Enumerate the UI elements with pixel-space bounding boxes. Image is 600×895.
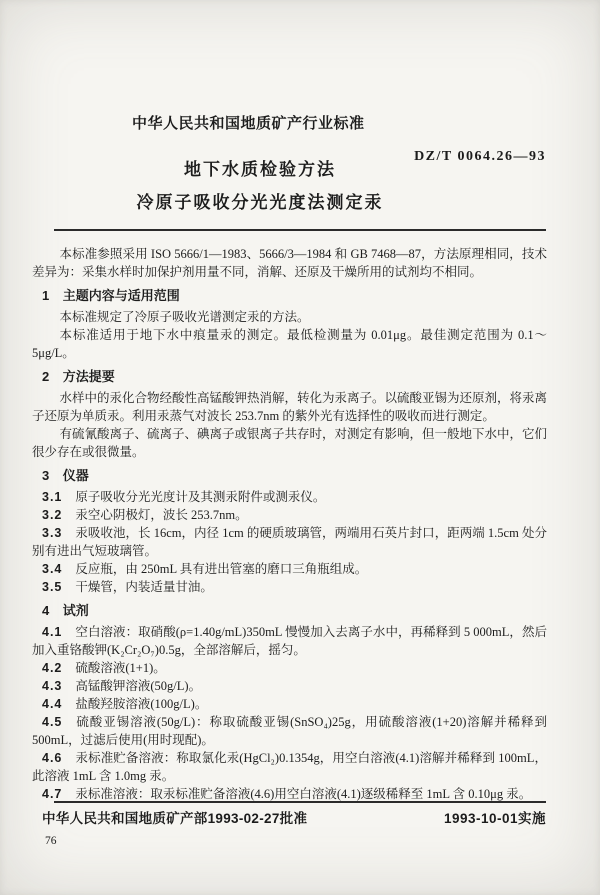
section-3-number: 3 xyxy=(42,468,50,483)
section-2-paragraph: 有硫氰酸离子、硫离子、碘离子或银离子共存时，对测定有影响，但一般地下水中，它们很… xyxy=(32,425,547,461)
clause-number: 4.4 xyxy=(42,697,62,711)
clause-number: 4.7 xyxy=(42,787,62,801)
clause-3-2: 3.2汞空心阴极灯，波长 253.7nm。 xyxy=(32,506,547,524)
clause-4-3: 4.3高锰酸钾溶液(50g/L)。 xyxy=(32,677,547,695)
clause-text: 原子吸收分光光度计及其测汞附件或测汞仪。 xyxy=(75,490,325,504)
clause-3-4: 3.4反应瓶，由 250mL 具有进出管塞的磨口三角瓶组成。 xyxy=(32,560,547,578)
clause-number: 4.6 xyxy=(42,751,62,765)
clause-text: 汞吸收池，长 16cm，内径 1cm 的硬质玻璃管，两端用石英片封口，距两端 1… xyxy=(32,526,547,558)
section-1-heading: 1主题内容与适用范围 xyxy=(32,287,547,305)
clause-text: 空白溶液：取硝酸(ρ=1.40g/mL)350mL 慢慢加入去离子水中，再稀释到… xyxy=(32,625,547,657)
clause-text: 汞标准溶液：取汞标准贮备溶液(4.6)用空白溶液(4.1)逐级稀释至 1mL 含… xyxy=(75,787,531,801)
clause-3-3: 3.3汞吸收池，长 16cm，内径 1cm 的硬质玻璃管，两端用石英片封口，距两… xyxy=(32,524,547,560)
section-2-title: 方法提要 xyxy=(63,369,115,384)
clause-number: 4.2 xyxy=(42,661,62,675)
section-3-heading: 3仪器 xyxy=(32,467,547,485)
clause-3-1: 3.1原子吸收分光光度计及其测汞附件或测汞仪。 xyxy=(32,488,547,506)
clause-number: 4.5 xyxy=(42,715,62,729)
foreword-paragraph: 本标准参照采用 ISO 5666/1—1983、5666/3—1984 和 GB… xyxy=(32,245,547,281)
section-1-paragraph: 本标准适用于地下水中痕量汞的测定。最低检测量为 0.01μg。最佳测定范围为 0… xyxy=(32,326,547,362)
approval-note: 中华人民共和国地质矿产部1993-02-27批准 xyxy=(42,807,307,827)
section-2-heading: 2方法提要 xyxy=(32,368,547,386)
clause-text: 反应瓶，由 250mL 具有进出管塞的磨口三角瓶组成。 xyxy=(75,562,367,576)
clause-number: 3.3 xyxy=(42,526,62,540)
section-1-title: 主题内容与适用范围 xyxy=(63,288,180,303)
section-4-heading: 4试剂 xyxy=(32,602,547,620)
clause-3-5: 3.5干燥管，内装适量甘油。 xyxy=(32,578,547,596)
doc-title-line1: 地下水质检验方法 xyxy=(60,155,460,180)
section-4-title: 试剂 xyxy=(63,603,89,618)
section-2-paragraph: 水样中的汞化合物经酸性高锰酸钾热消解，转化为汞离子。以硫酸亚锡为还原剂，将汞离子… xyxy=(32,389,547,425)
clause-4-1: 4.1空白溶液：取硝酸(ρ=1.40g/mL)350mL 慢慢加入去离子水中，再… xyxy=(32,623,547,659)
clause-4-5: 4.5硫酸亚锡溶液(50g/L)：称取硫酸亚锡(SnSO₄)25g，用硫酸溶液(… xyxy=(32,713,547,749)
section-1-paragraph: 本标准规定了冷原子吸收光谱测定汞的方法。 xyxy=(32,308,547,326)
clause-number: 3.5 xyxy=(42,580,62,594)
doc-title-line2: 冷原子吸收分光光度法测定汞 xyxy=(60,188,460,213)
clause-4-6: 4.6汞标准贮备溶液：称取氯化汞(HgCl₂)0.1354g，用空白溶液(4.1… xyxy=(32,749,547,785)
clause-number: 4.1 xyxy=(42,625,62,639)
clause-text: 干燥管，内装适量甘油。 xyxy=(75,580,213,594)
clause-text: 盐酸羟胺溶液(100g/L)。 xyxy=(75,697,207,711)
section-1-number: 1 xyxy=(42,288,50,303)
clause-text: 硫酸亚锡溶液(50g/L)：称取硫酸亚锡(SnSO₄)25g，用硫酸溶液(1+2… xyxy=(32,715,547,747)
clause-4-2: 4.2硫酸溶液(1+1)。 xyxy=(32,659,547,677)
document-body: 本标准参照采用 ISO 5666/1—1983、5666/3—1984 和 GB… xyxy=(32,245,547,803)
clause-number: 3.4 xyxy=(42,562,62,576)
clause-4-4: 4.4盐酸羟胺溶液(100g/L)。 xyxy=(32,695,547,713)
header-divider-line xyxy=(54,229,546,231)
section-3-title: 仪器 xyxy=(63,468,89,483)
clause-text: 汞空心阴极灯，波长 253.7nm。 xyxy=(75,508,247,522)
section-4-number: 4 xyxy=(42,603,50,618)
page-number: 76 xyxy=(45,835,57,847)
clause-number: 4.3 xyxy=(42,679,62,693)
document-page: 中华人民共和国地质矿产行业标准 DZ/T 0064.26—93 地下水质检验方法… xyxy=(0,0,600,895)
standard-category-label: 中华人民共和国地质矿产行业标准 xyxy=(132,112,365,133)
implementation-note: 1993-10-01实施 xyxy=(444,807,546,827)
clause-number: 3.1 xyxy=(42,490,62,504)
clause-text: 高锰酸钾溶液(50g/L)。 xyxy=(75,679,201,693)
clause-text: 硫酸溶液(1+1)。 xyxy=(75,661,165,675)
section-2-number: 2 xyxy=(42,369,50,384)
clause-number: 3.2 xyxy=(42,508,62,522)
footer-divider-line xyxy=(54,801,546,803)
clause-text: 汞标准贮备溶液：称取氯化汞(HgCl₂)0.1354g，用空白溶液(4.1)溶解… xyxy=(32,751,547,783)
